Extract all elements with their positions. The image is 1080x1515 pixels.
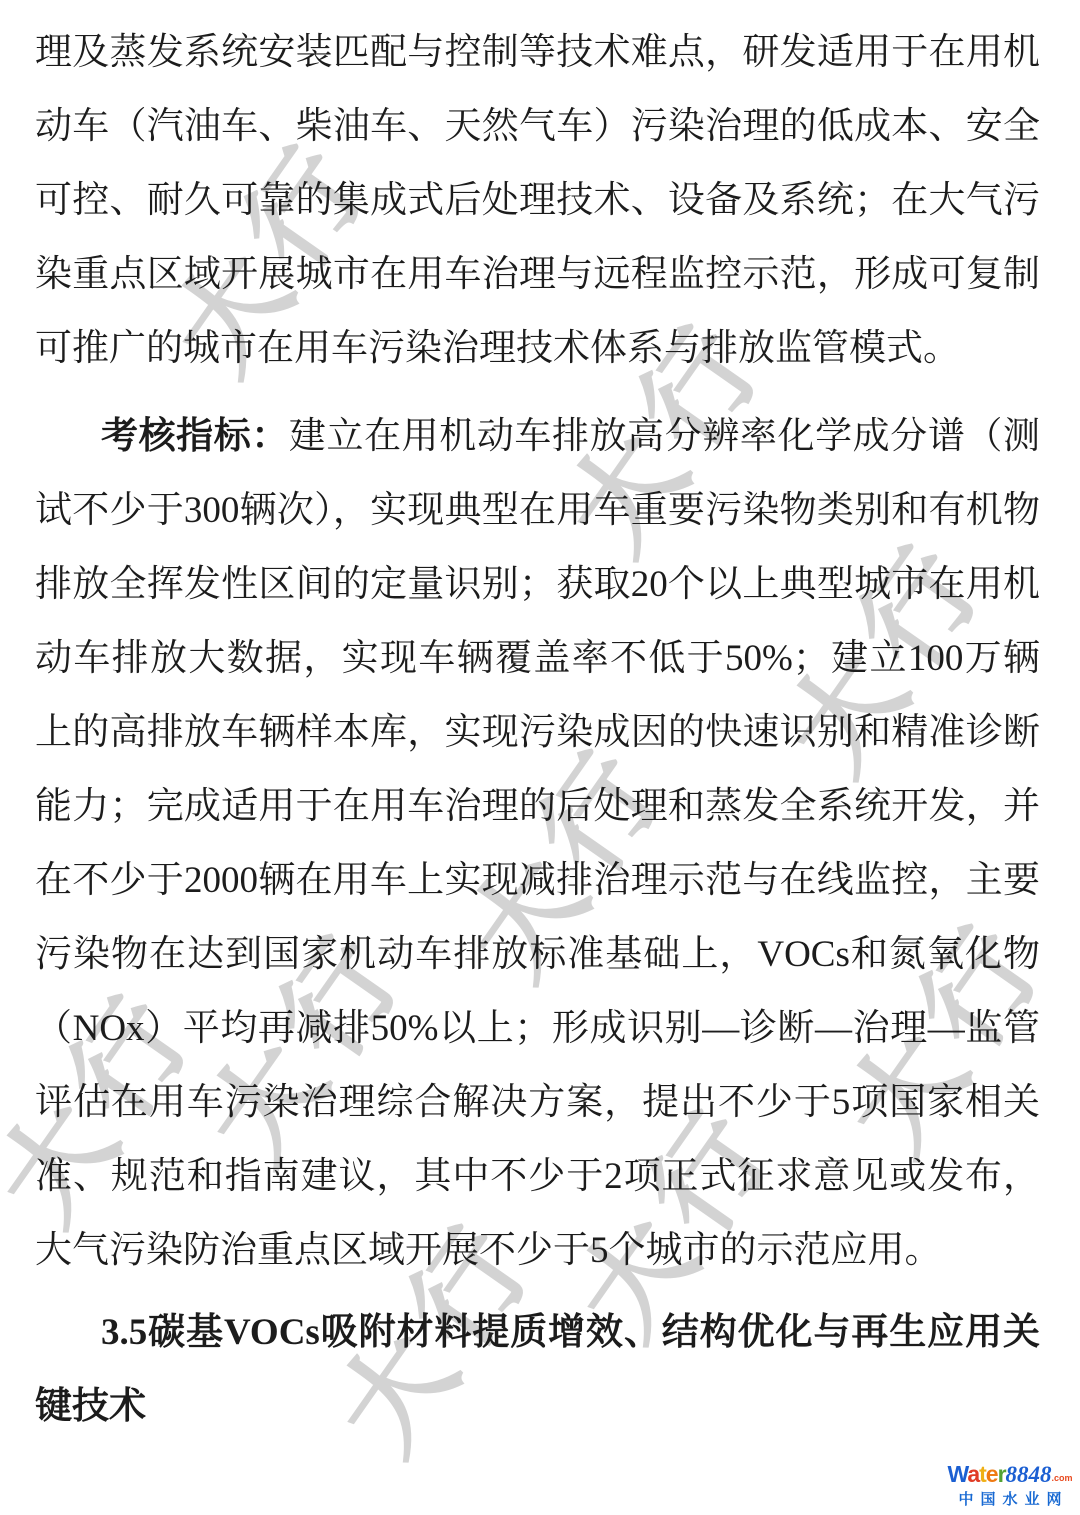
- document-body: 理及蒸发系统安装匹配与控制等技术难点，研发适用于在用机 动车（汽油车、柴油车、天…: [0, 0, 1080, 1515]
- section-heading-3-5-tail: 键技术: [35, 1370, 1040, 1444]
- doc-line: 上的高排放车辆样本库，实现污染成因的快速识别和精准诊断: [35, 696, 1040, 770]
- doc-line: 准、规范和指南建议，其中不少于2项正式征求意见或发布，在: [35, 1140, 1040, 1214]
- section-heading-3-5: 3.5碳基VOCs吸附材料提质增效、结构优化与再生应用关: [35, 1296, 1040, 1370]
- document-page: 大行大行大行大行大行大行大行大行大行 理及蒸发系统安装匹配与控制等技术难点，研发…: [0, 0, 1080, 1515]
- doc-line: 评估在用车污染治理综合解决方案，提出不少于5项国家相关标: [35, 1066, 1040, 1140]
- brand-letter: e: [986, 1461, 998, 1487]
- doc-line: 试不少于300辆次），实现典型在用车重要污染物类别和有机物: [35, 474, 1040, 548]
- assessment-metrics-text: 建立在用机动车排放高分辨率化学成分谱（测: [289, 416, 1040, 457]
- doc-line: 动车排放大数据，实现车辆覆盖率不低于50%；建立100万辆以: [35, 622, 1040, 696]
- doc-line: 排放全挥发性区间的定量识别；获取20个以上典型城市在用机: [35, 548, 1040, 622]
- brand-letter: r: [998, 1461, 1006, 1487]
- brand-number: 8848: [1006, 1462, 1052, 1487]
- brand-letter: W: [947, 1461, 967, 1487]
- brand-tld: .com: [1052, 1473, 1073, 1483]
- doc-line: 可推广的城市在用车污染治理技术体系与排放监管模式。: [35, 312, 1040, 386]
- doc-line: 染重点区域开展城市在用车治理与远程监控示范，形成可复制: [35, 238, 1040, 312]
- doc-line: （NOx）平均再减排50%以上；形成识别—诊断—治理—监管—: [35, 992, 1040, 1066]
- doc-line-assessment-lead: 考核指标：建立在用机动车排放高分辨率化学成分谱（测: [35, 400, 1040, 474]
- doc-line: 动车（汽油车、柴油车、天然气车）污染治理的低成本、安全: [35, 90, 1040, 164]
- doc-line: 能力；完成适用于在用车治理的后处理和蒸发全系统开发，并: [35, 770, 1040, 844]
- brand-letter: a: [967, 1461, 979, 1487]
- water8848-subtitle: 中国水业网: [942, 1490, 1080, 1510]
- water8848-brand: Water8848.com: [942, 1462, 1078, 1490]
- doc-line: 大气污染防治重点区域开展不少于5个城市的示范应用。: [35, 1214, 1040, 1288]
- doc-line: 理及蒸发系统安装匹配与控制等技术难点，研发适用于在用机: [35, 16, 1040, 90]
- doc-line: 可控、耐久可靠的集成式后处理技术、设备及系统；在大气污: [35, 164, 1040, 238]
- assessment-metrics-label: 考核指标：: [101, 416, 289, 457]
- brand-letter: t: [979, 1461, 986, 1487]
- doc-line: 污染物在达到国家机动车排放标准基础上，VOCs和氮氧化物: [35, 918, 1040, 992]
- water8848-logo: Water8848.com 中国水业网: [942, 1460, 1078, 1511]
- doc-line: 在不少于2000辆在用车上实现减排治理示范与在线监控，主要: [35, 844, 1040, 918]
